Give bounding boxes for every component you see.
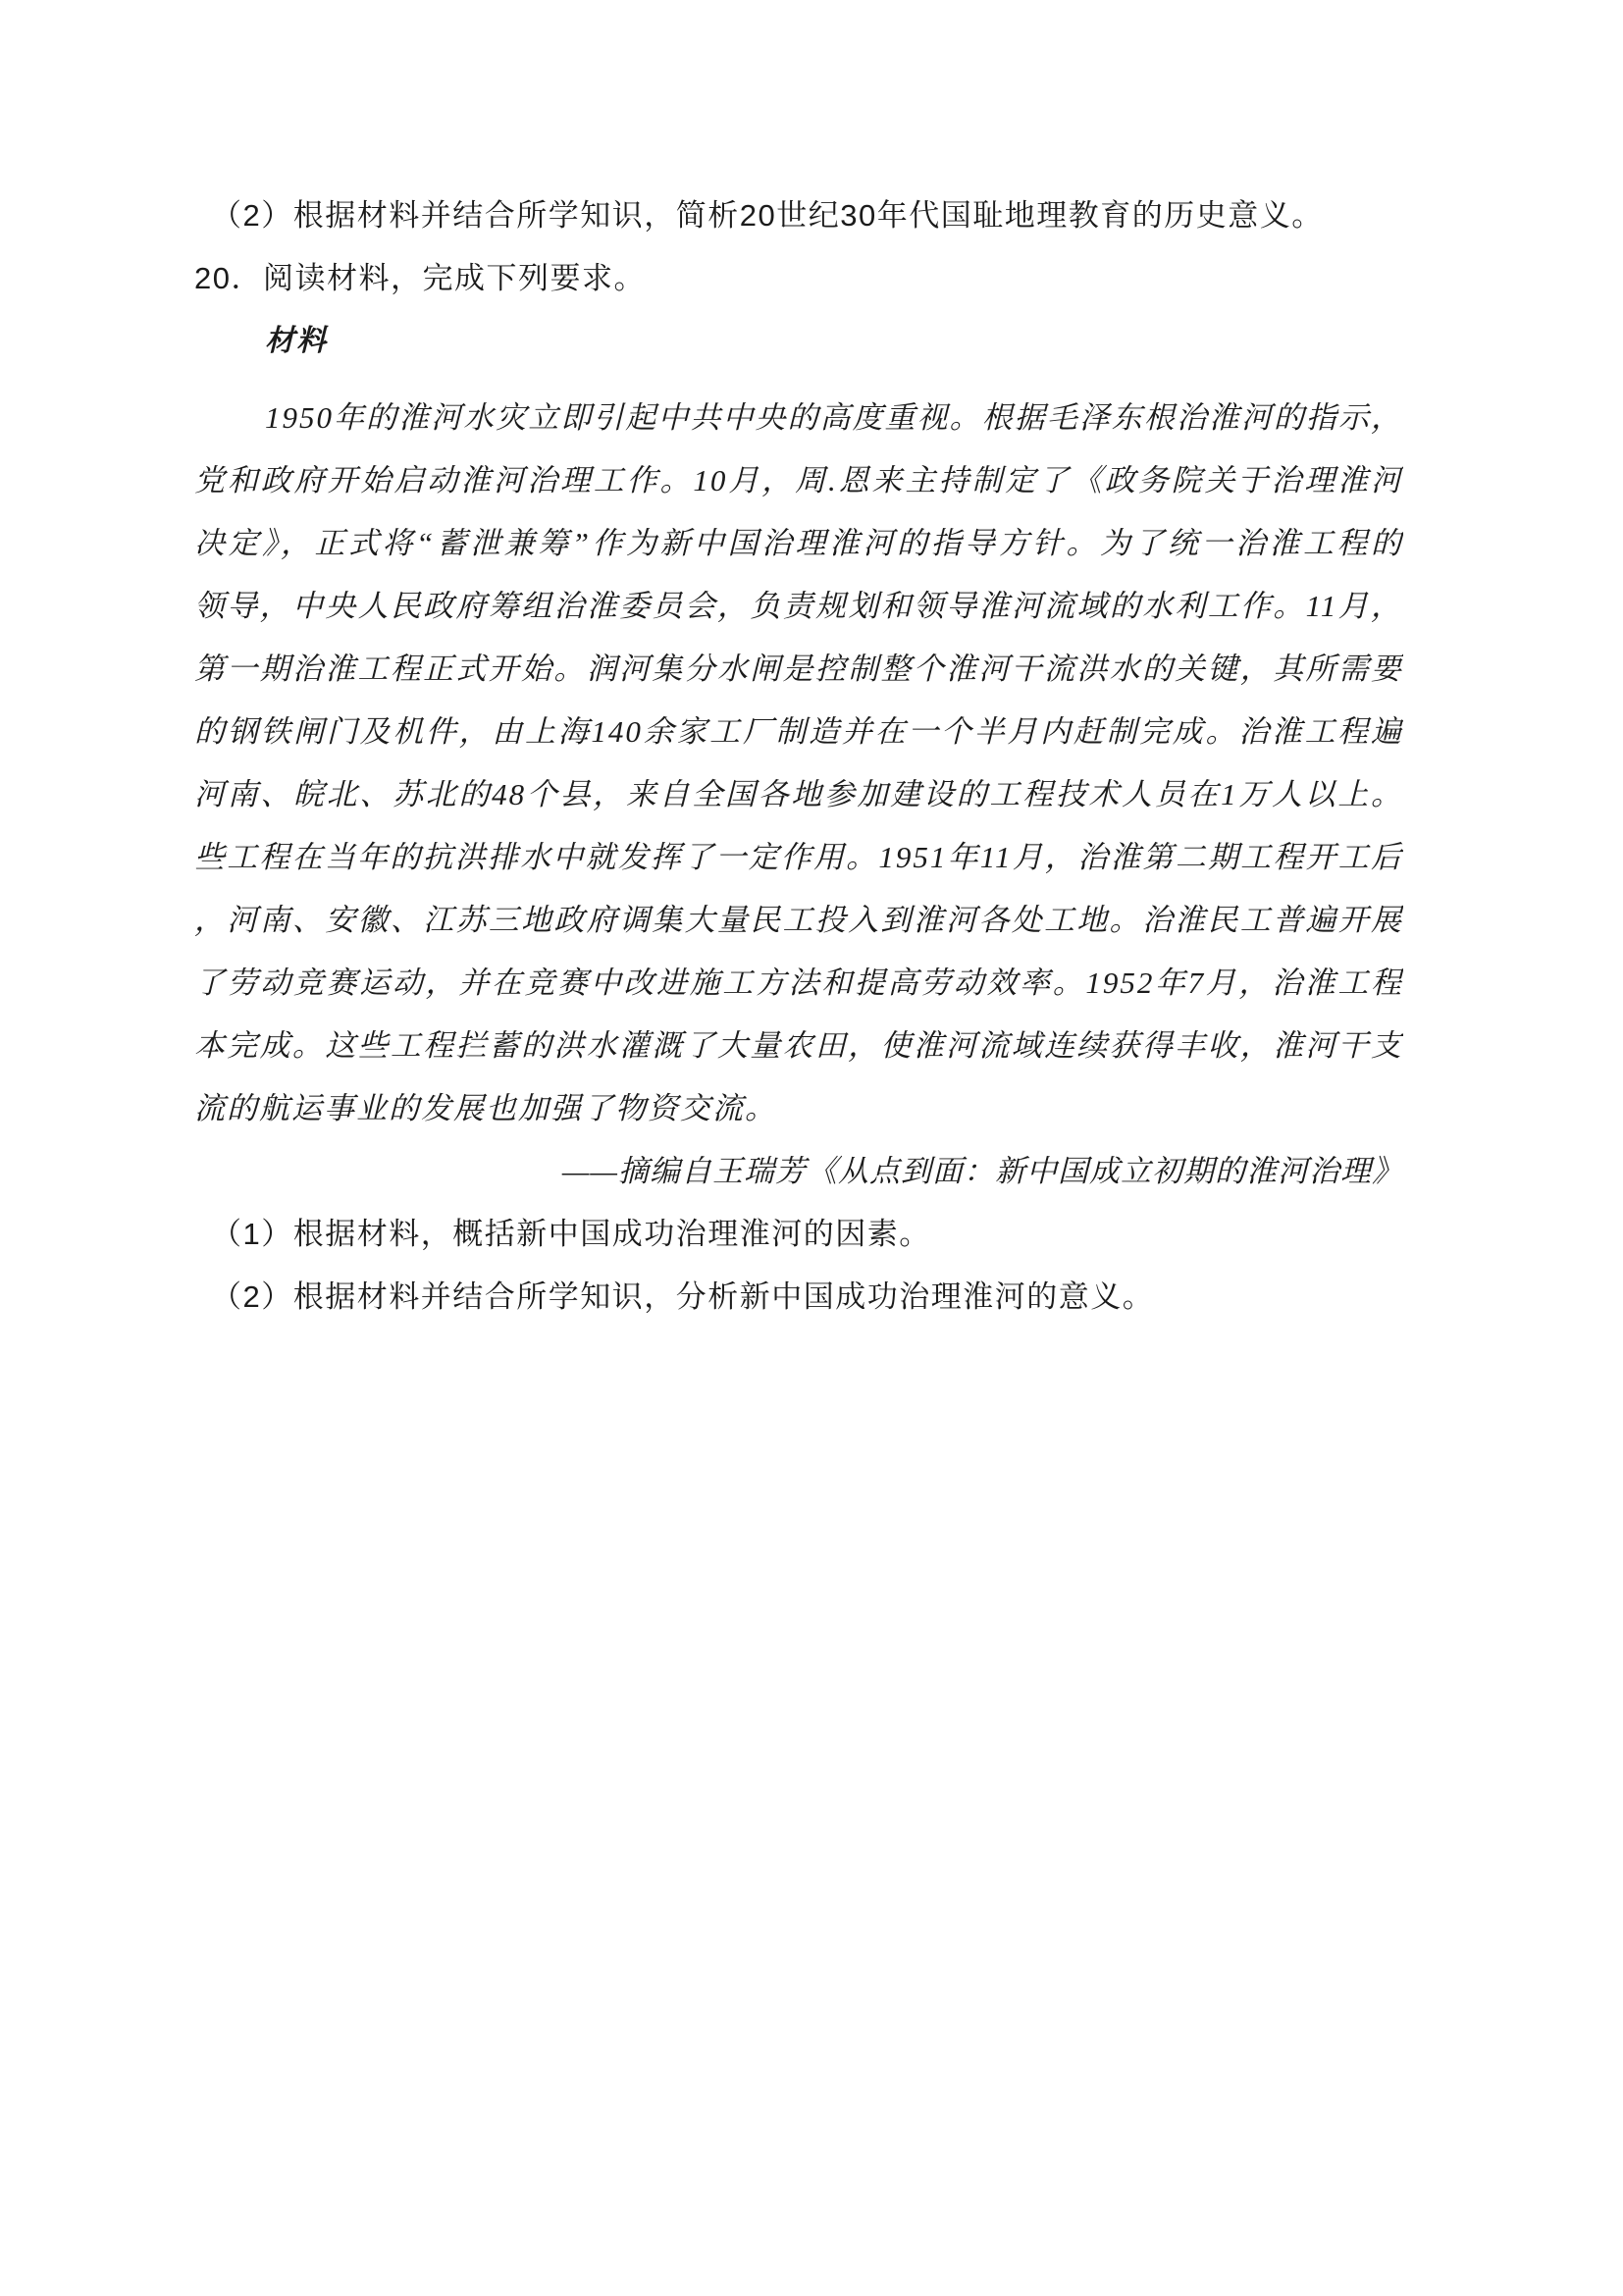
material-line: 流的航运事业的发展也加强了物资交流。 xyxy=(194,1077,1403,1140)
material-label: 材料 xyxy=(194,310,1403,373)
previous-question-part2-text: （2）根据材料并结合所学知识，简析20世纪30年代国耻地理教育的历史意义。 xyxy=(194,184,1403,247)
material-line: 的钢铁闸门及机件，由上海140余家工厂制造并在一个半月内赶制完成。治淮工程遍及 xyxy=(194,701,1403,763)
material-line: 党和政府开始启动淮河治理工作。10月，周.恩来主持制定了《政务院关于治理淮河的 xyxy=(194,449,1403,512)
material-paragraph: 1950年的淮河水灾立即引起中共中央的高度重视。根据毛泽东根治淮河的指示， 党和… xyxy=(194,387,1403,1140)
exam-document-page: （2）根据材料并结合所学知识，简析20世纪30年代国耻地理教育的历史意义。 20… xyxy=(0,0,1623,2296)
material-line: 本完成。这些工程拦蓄的洪水灌溉了大量农田，使淮河流域连续获得丰收，淮河干支 xyxy=(194,1015,1403,1077)
material-line: 决定》，正式将“蓄泄兼筹”作为新中国治理淮河的指导方针。为了统一治淮工程的 xyxy=(194,512,1403,575)
material-line: 第一期治淮工程正式开始。润河集分水闸是控制整个淮河干流洪水的关键，其所需要 xyxy=(194,638,1403,701)
question-20-part2-text: （2）根据材料并结合所学知识，分析新中国成功治理淮河的意义。 xyxy=(194,1266,1403,1329)
material-line: 河南、皖北、苏北的48个县，来自全国各地参加建设的工程技术人员在1万人以上。这 xyxy=(194,763,1403,826)
source-attribution: ——摘编自王瑞芳《从点到面：新中国成立初期的淮河治理》 xyxy=(194,1140,1403,1203)
material-line: ，河南、安徽、江苏三地政府调集大量民工投入到淮河各处工地。治淮民工普遍开展 xyxy=(194,889,1403,952)
material-line: 了劳动竞赛运动，并在竞赛中改进施工方法和提高劳动效率。1952年7月，治淮工程基 xyxy=(194,952,1403,1015)
material-line: 领导，中央人民政府筹组治淮委员会，负责规划和领导淮河流域的水利工作。11月， xyxy=(194,575,1403,638)
question-20-part1-text: （1）根据材料，概括新中国成功治理淮河的因素。 xyxy=(194,1203,1403,1266)
material-line: 1950年的淮河水灾立即引起中共中央的高度重视。根据毛泽东根治淮河的指示， xyxy=(194,387,1403,449)
question-20-heading: 20．阅读材料，完成下列要求。 xyxy=(194,247,1403,310)
material-line: 些工程在当年的抗洪排水中就发挥了一定作用。1951年11月，治淮第二期工程开工后 xyxy=(194,826,1403,889)
